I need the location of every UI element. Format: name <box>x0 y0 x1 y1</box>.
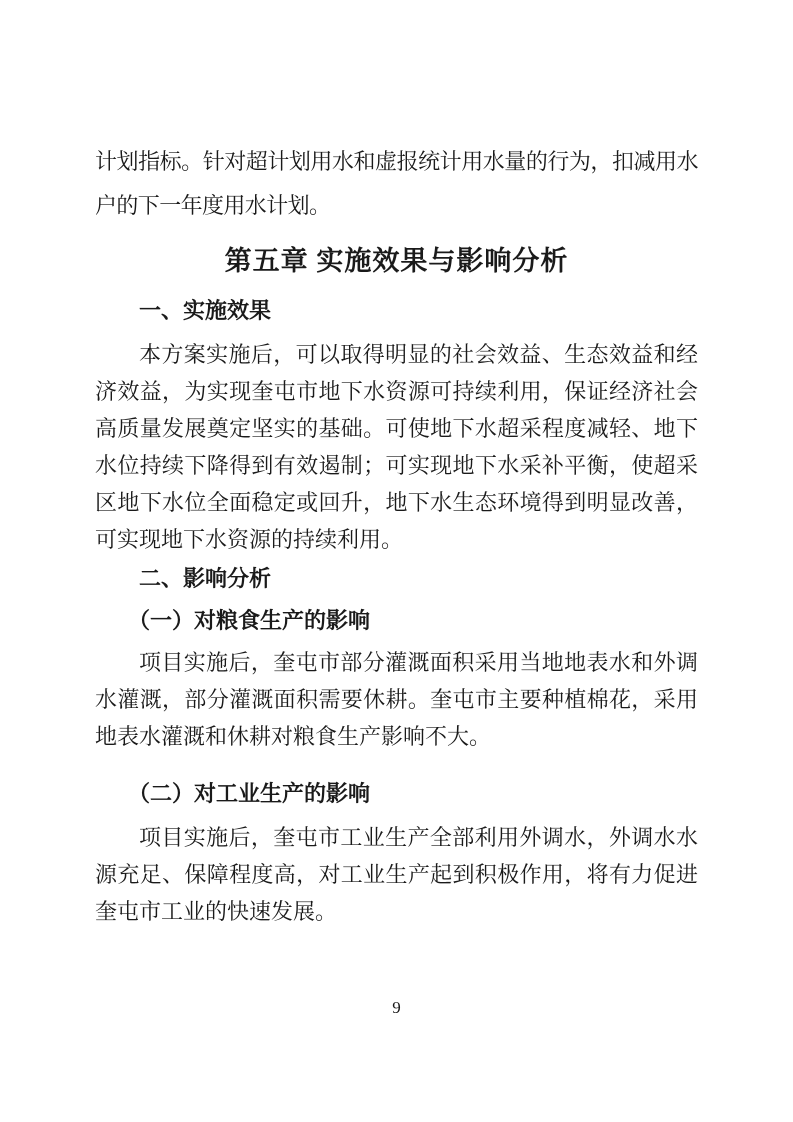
chapter-title: 第五章 实施效果与影响分析 <box>95 244 698 278</box>
subsection-heading-industrial-production: （二）对工业生产的影响 <box>95 779 698 809</box>
paragraph-grain-production: 项目实施后，奎屯市部分灌溉面积采用当地地表水和外调水灌溉，部分灌溉面积需要休耕。… <box>95 644 698 755</box>
paragraph-continued: 计划指标。针对超计划用水和虚报统计用水量的行为，扣减用水户的下一年度用水计划。 <box>95 140 698 228</box>
subsection-heading-grain-production: （一）对粮食生产的影响 <box>95 606 698 636</box>
section-heading-impact-analysis: 二、影响分析 <box>95 564 698 594</box>
document-page: 计划指标。针对超计划用水和虚报统计用水量的行为，扣减用水户的下一年度用水计划。 … <box>0 0 793 1122</box>
page-number: 9 <box>0 998 793 1018</box>
paragraph-industrial-production: 项目实施后，奎屯市工业生产全部利用外调水，外调水水源充足、保障程度高，对工业生产… <box>95 819 698 930</box>
section-heading-implementation-effect: 一、实施效果 <box>95 296 698 326</box>
page-content: 计划指标。针对超计划用水和虚报统计用水量的行为，扣减用水户的下一年度用水计划。 … <box>95 0 698 930</box>
paragraph-implementation-effect: 本方案实施后，可以取得明显的社会效益、生态效益和经济效益，为实现奎屯市地下水资源… <box>95 336 698 558</box>
